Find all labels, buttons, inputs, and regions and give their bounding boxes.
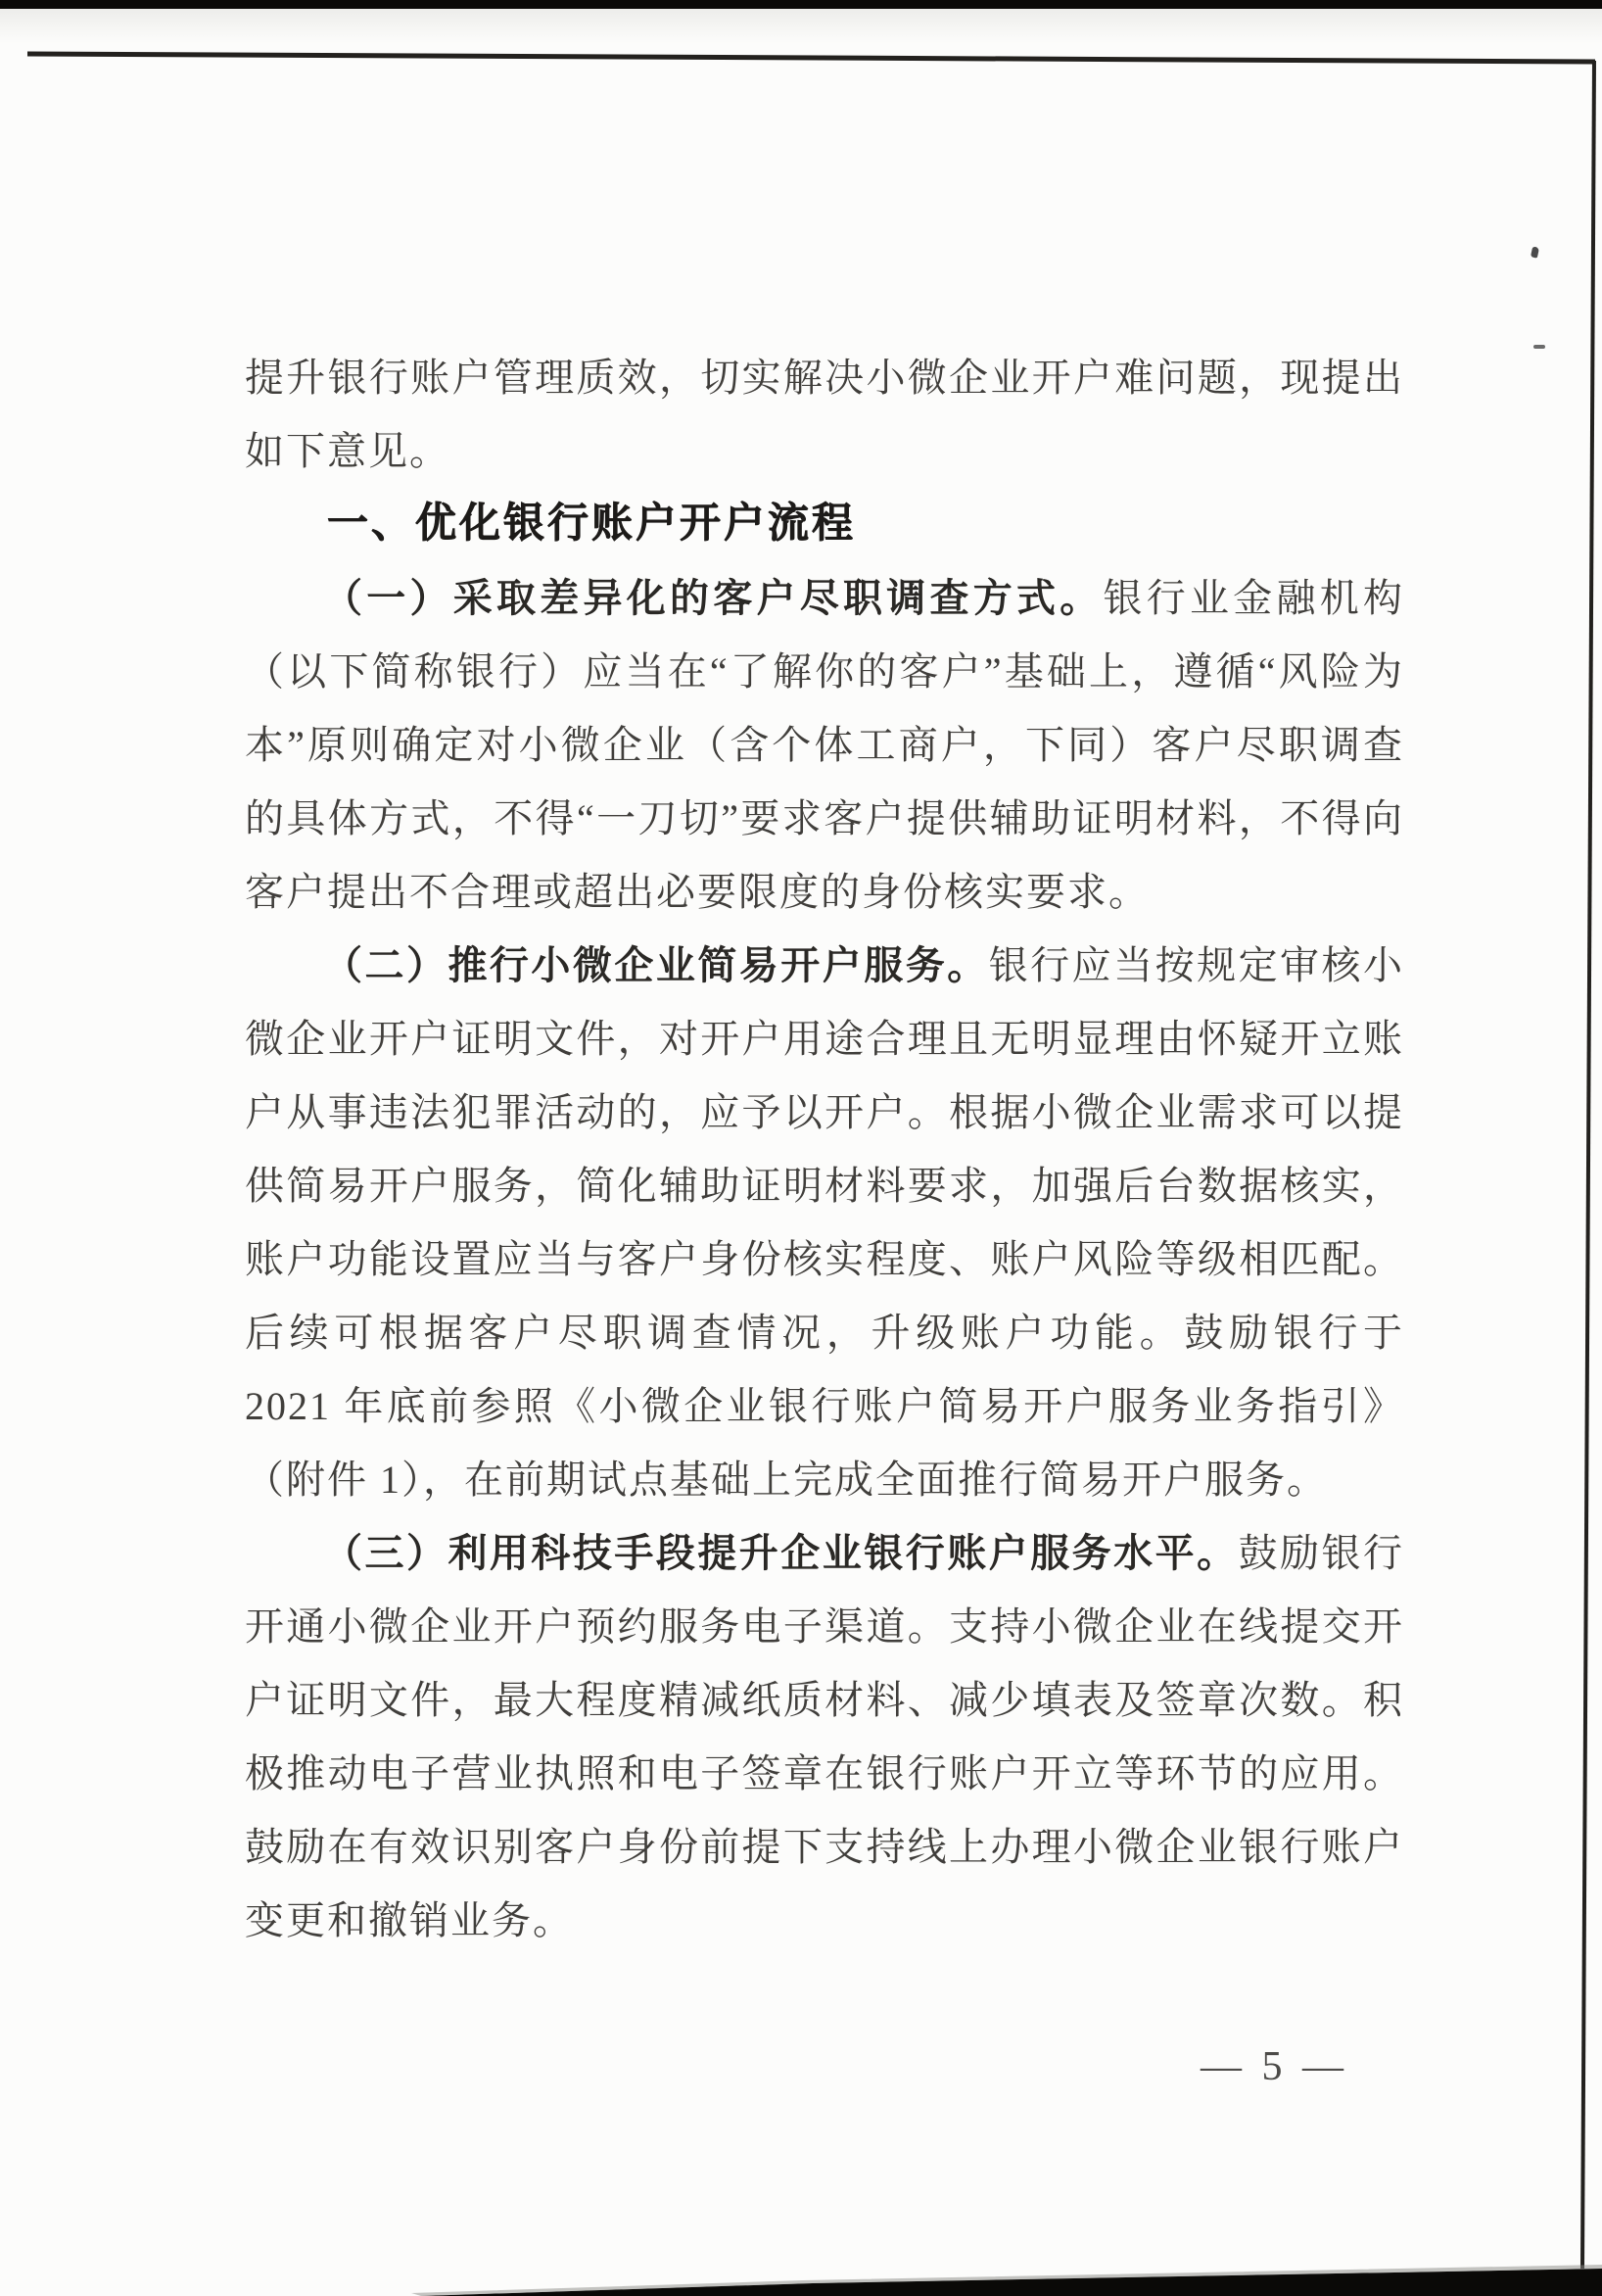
section-heading: 一、优化银行账户开户流程	[245, 488, 1404, 561]
frame-top-rule	[27, 54, 1595, 62]
paragraph-item-3: （三）利用科技手段提升企业银行账户服务水平。鼓励银行开通小微企业开户预约服务电子…	[245, 1516, 1404, 1957]
item-1-text: 银行业金融机构（以下简称银行）应当在“了解你的客户”基础上，遵循“风险为本”原则…	[245, 576, 1404, 914]
item-1-lead: （一）采取差异化的客户尽职调查方式。	[323, 576, 1104, 620]
frame-right-rule	[1582, 61, 1594, 2269]
scanned-document-page: 提升银行账户管理质效，切实解决小微企业开户难问题，现提出如下意见。 一、优化银行…	[0, 0, 1602, 2296]
item-2-text: 银行应当按规定审核小微企业开户证明文件，对开户用途合理且无明显理由怀疑开立账户从…	[245, 943, 1404, 1502]
paragraph-continuation: 提升银行账户管理质效，切实解决小微企业开户难问题，现提出如下意见。	[245, 341, 1404, 488]
scan-noise-band	[0, 9, 1602, 44]
scan-speck	[1533, 345, 1545, 349]
item-3-lead: （三）利用科技手段提升企业银行账户服务水平。	[323, 1531, 1239, 1575]
scan-edge-artifact-top	[0, 0, 1602, 9]
item-3-text: 鼓励银行开通小微企业开户预约服务电子渠道。支持小微企业在线提交开户证明文件，最大…	[245, 1531, 1404, 1942]
paragraph-item-2: （二）推行小微企业简易开户服务。银行应当按规定审核小微企业开户证明文件，对开户用…	[245, 929, 1404, 1516]
scan-speck	[1531, 246, 1539, 258]
scan-edge-artifact-bottom	[421, 2269, 1602, 2296]
scan-edge-artifact-bottom-feather	[411, 2265, 1602, 2296]
page-number: — 5 —	[1201, 2043, 1348, 2090]
item-2-lead: （二）推行小微企业简易开户服务。	[323, 943, 989, 987]
document-body: 提升银行账户管理质效，切实解决小微企业开户难问题，现提出如下意见。 一、优化银行…	[245, 341, 1404, 1957]
paragraph-item-1: （一）采取差异化的客户尽职调查方式。银行业金融机构（以下简称银行）应当在“了解你…	[245, 561, 1404, 929]
